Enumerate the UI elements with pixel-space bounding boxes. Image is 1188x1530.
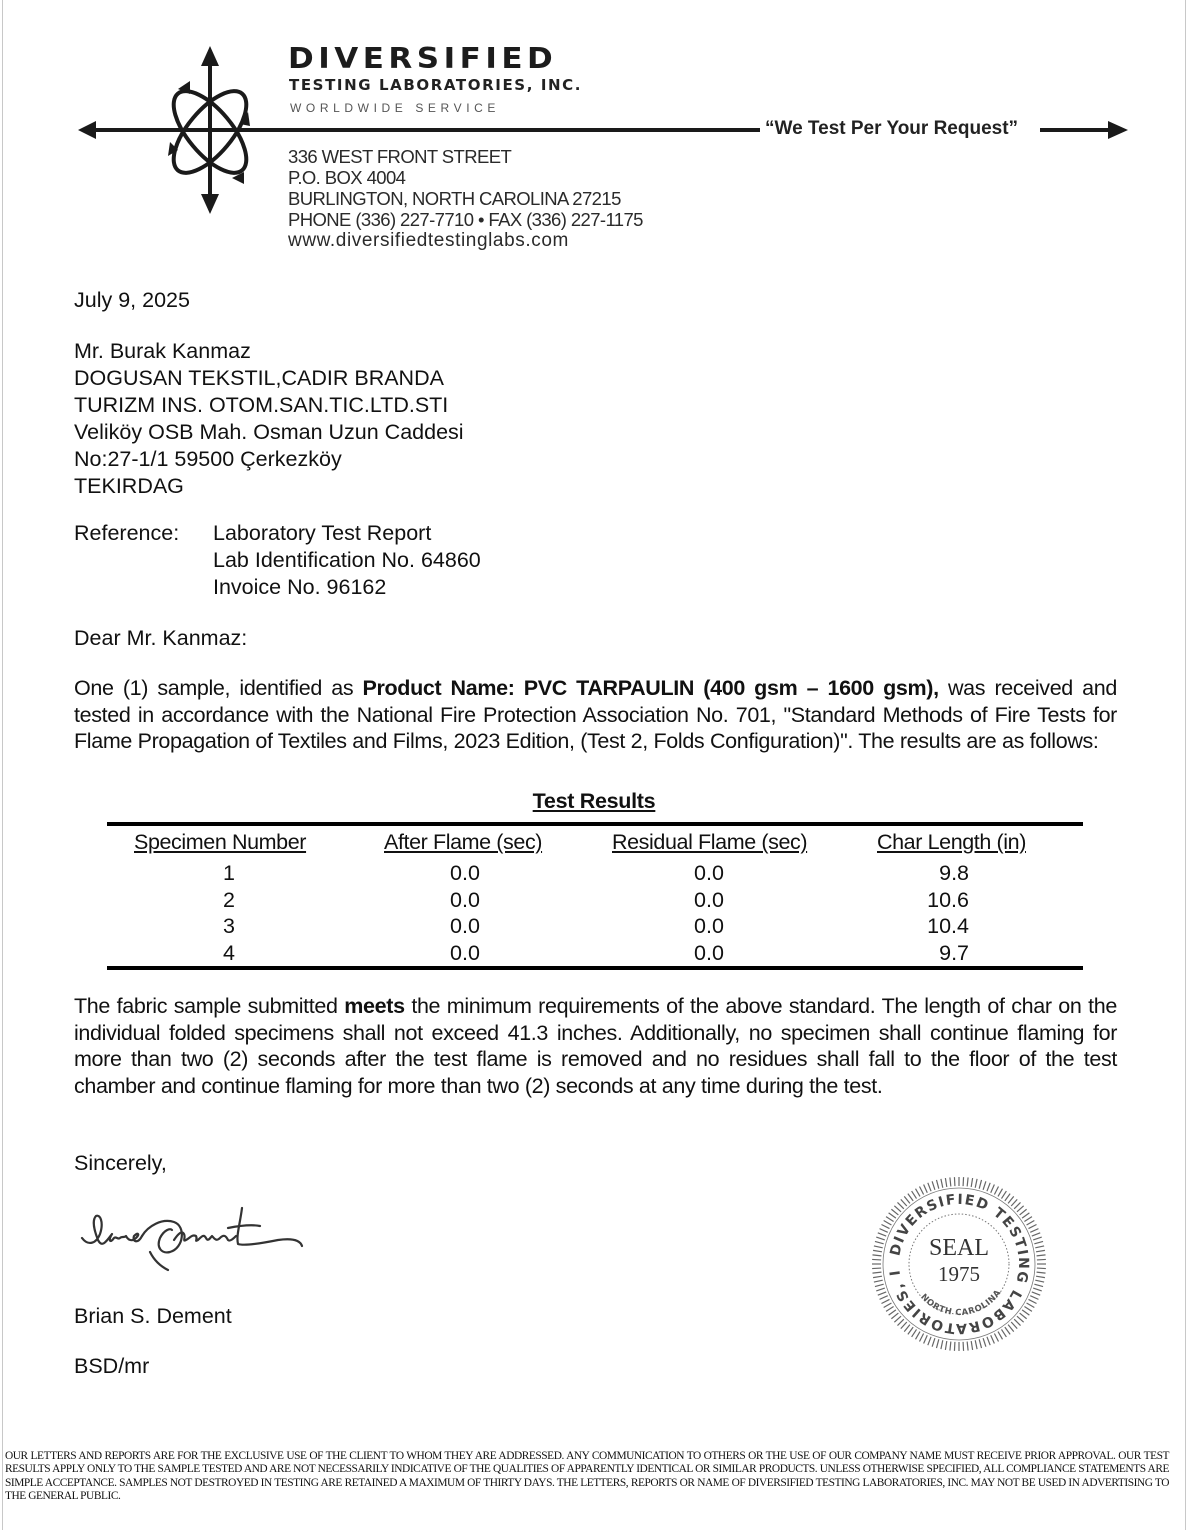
legal-disclaimer: OUR LETTERS AND REPORTS ARE FOR THE EXCL… xyxy=(5,1450,1169,1503)
table-cell: 0.0 xyxy=(649,887,769,914)
closing: Sincerely, xyxy=(74,1150,167,1177)
table-cell: 0.0 xyxy=(405,860,525,887)
conclusion-text: The fabric sample submitted xyxy=(74,994,344,1018)
column-header: After Flame (sec) xyxy=(384,830,542,855)
table-cell: 0.0 xyxy=(649,940,769,967)
letterhead-rule-right xyxy=(1040,128,1110,132)
table-cell: 10.4 xyxy=(889,913,969,940)
page-border-left xyxy=(2,0,3,1530)
intro-text: One (1) sample, identified as xyxy=(74,676,363,700)
reference-block: Laboratory Test Report Lab Identificatio… xyxy=(213,520,481,601)
column-header: Char Length (in) xyxy=(877,830,1026,855)
table-cell: 10.6 xyxy=(889,887,969,914)
intro-paragraph: One (1) sample, identified as Product Na… xyxy=(74,675,1117,755)
results-title: Test Results xyxy=(0,789,1188,814)
table-cell: 0.0 xyxy=(649,913,769,940)
conclusion-paragraph: The fabric sample submitted meets the mi… xyxy=(74,993,1117,1099)
table-cell: 9.7 xyxy=(889,940,969,967)
reference-line: Laboratory Test Report xyxy=(213,520,481,547)
recipient-line: TEKIRDAG xyxy=(74,473,464,500)
lab-id-line: Lab Identification No. 64860 xyxy=(213,547,481,574)
company-seal-icon: DIVERSIFIED TESTING LABORATORIES, INC. S… xyxy=(870,1175,1048,1353)
address-line: 336 WEST FRONT STREET xyxy=(288,146,643,167)
address-line: BURLINGTON, NORTH CAROLINA 27215 xyxy=(288,188,643,209)
table-cell: 2 xyxy=(169,887,289,914)
tagline: “We Test Per Your Request” xyxy=(762,118,1021,140)
signer-name: Brian S. Dement xyxy=(74,1303,232,1330)
column-header: Residual Flame (sec) xyxy=(612,830,807,855)
table-cell: 1 xyxy=(169,860,289,887)
recipient-line: DOGUSAN TEKSTIL,CADIR BRANDA xyxy=(74,365,464,392)
table-bottom-rule xyxy=(107,966,1083,970)
company-subtitle: TESTING LABORATORIES, INC. xyxy=(289,76,582,94)
salutation: Dear Mr. Kanmaz: xyxy=(74,625,247,652)
verdict: meets xyxy=(344,994,404,1018)
address-line: P.O. BOX 4004 xyxy=(288,167,643,188)
product-name: Product Name: PVC TARPAULIN (400 gsm – 1… xyxy=(363,676,939,700)
table-cell: 3 xyxy=(169,913,289,940)
table-cell: 0.0 xyxy=(405,940,525,967)
seal-year: 1975 xyxy=(938,1262,980,1286)
arrow-left-icon xyxy=(78,121,96,139)
table-cell: 0.0 xyxy=(405,887,525,914)
recipient-line: Veliköy OSB Mah. Osman Uzun Caddesi xyxy=(74,419,464,446)
reference-label: Reference: xyxy=(74,520,179,547)
phone-fax-line: PHONE (336) 227-7710 • FAX (336) 227-117… xyxy=(288,209,643,230)
table-cell: 0.0 xyxy=(405,913,525,940)
table-top-rule xyxy=(107,822,1083,826)
table-cell: 9.8 xyxy=(889,860,969,887)
invoice-line: Invoice No. 96162 xyxy=(213,574,481,601)
letter-date: July 9, 2025 xyxy=(74,287,190,314)
website-link[interactable]: www.diversifiedtestinglabs.com xyxy=(288,230,643,251)
service-line: WORLDWIDE SERVICE xyxy=(290,101,500,115)
page-border-right xyxy=(1185,0,1186,1530)
table-cell: 4 xyxy=(169,940,289,967)
recipient-name: Mr. Burak Kanmaz xyxy=(74,338,464,365)
recipient-line: TURIZM INS. OTOM.SAN.TIC.LTD.STI xyxy=(74,392,464,419)
company-address: 336 WEST FRONT STREET P.O. BOX 4004 BURL… xyxy=(288,146,643,251)
arrow-right-icon xyxy=(1108,121,1128,139)
company-name: DIVERSIFIED xyxy=(288,42,557,75)
seal-center: SEAL xyxy=(929,1235,989,1261)
typist-initials: BSD/mr xyxy=(74,1353,149,1380)
column-header: Specimen Number xyxy=(134,830,306,855)
atom-arrows-icon xyxy=(150,44,270,216)
table-cell: 0.0 xyxy=(649,860,769,887)
signature-icon xyxy=(78,1200,308,1280)
recipient-line: No:27-1/1 59500 Çerkezköy xyxy=(74,446,464,473)
recipient-block: Mr. Burak Kanmaz DOGUSAN TEKSTIL,CADIR B… xyxy=(74,338,464,500)
